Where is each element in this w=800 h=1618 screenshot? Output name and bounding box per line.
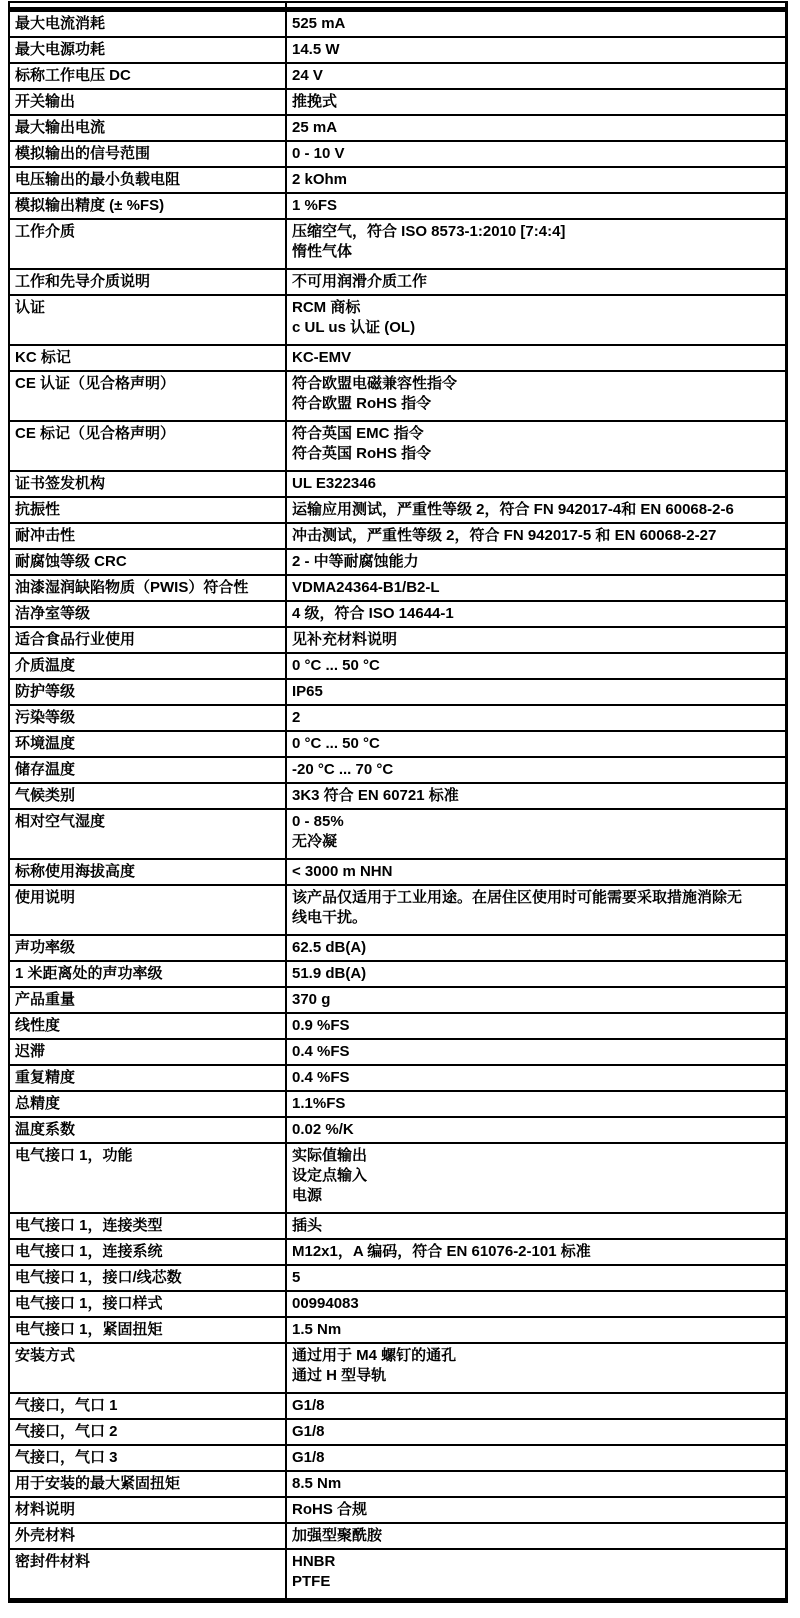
- spec-value-line: -20 °C ... 70 °C: [292, 760, 781, 780]
- spec-label: 重复精度: [15, 1068, 281, 1088]
- spec-label: 标称使用海拔高度: [15, 862, 281, 882]
- spec-label: 总精度: [15, 1094, 281, 1114]
- datasheet-page: 最大电流消耗525 mA最大电源功耗14.5 W标称工作电压 DC24 V开关输…: [0, 0, 800, 1603]
- spec-label: 电气接口 1，功能: [15, 1146, 281, 1166]
- table-row: 标称使用海拔高度< 3000 m NHN: [9, 859, 787, 885]
- table-row: 认证RCM 商标c UL us 认证 (OL): [9, 295, 787, 345]
- spec-value-cell: 0 °C ... 50 °C: [286, 653, 787, 679]
- table-row: 总精度1.1%FS: [9, 1091, 787, 1117]
- table-row: 密封件材料HNBRPTFE: [9, 1549, 787, 1601]
- spec-value-cell: 1 %FS: [286, 193, 787, 219]
- spec-value-cell: 0 - 10 V: [286, 141, 787, 167]
- spec-label-cell: 最大电流消耗: [9, 10, 286, 38]
- spec-value-line: 推挽式: [292, 92, 781, 112]
- spec-label: 认证: [15, 298, 281, 318]
- spec-label-cell: CE 认证（见合格声明）: [9, 371, 286, 421]
- spec-value-line: 2: [292, 708, 781, 728]
- spec-label: 气接口，气口 1: [15, 1396, 281, 1416]
- spec-label-cell: 适合食品行业使用: [9, 627, 286, 653]
- spec-label-cell: 总精度: [9, 1091, 286, 1117]
- table-row: 材料说明RoHS 合规: [9, 1497, 787, 1523]
- spec-label-cell: 使用说明: [9, 885, 286, 935]
- spec-value-cell: -20 °C ... 70 °C: [286, 757, 787, 783]
- spec-value-cell: 该产品仅适用于工业用途。在居住区使用时可能需要采取措施消除无线电干扰。: [286, 885, 787, 935]
- spec-value-line: G1/8: [292, 1448, 781, 1468]
- spec-value-cell: 62.5 dB(A): [286, 935, 787, 961]
- spec-value-line: 2 kOhm: [292, 170, 781, 190]
- spec-label: 适合食品行业使用: [15, 630, 281, 650]
- spec-label-cell: 迟滞: [9, 1039, 286, 1065]
- spec-value-line: 0.9 %FS: [292, 1016, 781, 1036]
- table-row: 工作介质压缩空气，符合 ISO 8573-1:2010 [7:4:4]惰性气体: [9, 219, 787, 269]
- table-row: 气接口，气口 3G1/8: [9, 1445, 787, 1471]
- spec-label-cell: CE 标记（见合格声明）: [9, 421, 286, 471]
- spec-value-line: 00994083: [292, 1294, 781, 1314]
- spec-label-cell: 电气接口 1，连接类型: [9, 1213, 286, 1239]
- spec-label-cell: 安装方式: [9, 1343, 286, 1393]
- table-row: 电气接口 1，功能实际值输出设定点输入电源: [9, 1143, 787, 1213]
- spec-value-line: 该产品仅适用于工业用途。在居住区使用时可能需要采取措施消除无: [292, 888, 781, 908]
- spec-value-cell: 0 - 85%无冷凝: [286, 809, 787, 859]
- spec-value-line: 线电干扰。: [292, 908, 781, 928]
- spec-label-cell: 声功率级: [9, 935, 286, 961]
- table-row: 迟滞0.4 %FS: [9, 1039, 787, 1065]
- spec-label-cell: 1 米距离处的声功率级: [9, 961, 286, 987]
- spec-label: 电气接口 1，紧固扭矩: [15, 1320, 281, 1340]
- spec-value-line: M12x1，A 编码，符合 EN 61076-2-101 标准: [292, 1242, 781, 1262]
- spec-label-cell: 气接口，气口 2: [9, 1419, 286, 1445]
- spec-value-cell: 8.5 Nm: [286, 1471, 787, 1497]
- spec-value-line: 0 - 10 V: [292, 144, 781, 164]
- spec-label-cell: 电气接口 1，接口样式: [9, 1291, 286, 1317]
- spec-value-line: 370 g: [292, 990, 781, 1010]
- spec-label-cell: 温度系数: [9, 1117, 286, 1143]
- spec-value-line: VDMA24364-B1/B2-L: [292, 578, 781, 598]
- table-row: 气接口，气口 2G1/8: [9, 1419, 787, 1445]
- spec-value-cell: 1.5 Nm: [286, 1317, 787, 1343]
- table-row: 电压输出的最小负载电阻2 kOhm: [9, 167, 787, 193]
- spec-value-cell: 通过用于 M4 螺钉的通孔通过 H 型导轨: [286, 1343, 787, 1393]
- spec-label: 迟滞: [15, 1042, 281, 1062]
- table-row: 最大电源功耗14.5 W: [9, 37, 787, 63]
- spec-label-cell: 重复精度: [9, 1065, 286, 1091]
- spec-label: 洁净室等级: [15, 604, 281, 624]
- spec-value-cell: RoHS 合规: [286, 1497, 787, 1523]
- spec-label: 耐冲击性: [15, 526, 281, 546]
- spec-label-cell: 工作和先导介质说明: [9, 269, 286, 295]
- spec-value-line: 51.9 dB(A): [292, 964, 781, 984]
- table-row: 重复精度0.4 %FS: [9, 1065, 787, 1091]
- table-row: 电气接口 1，连接系统M12x1，A 编码，符合 EN 61076-2-101 …: [9, 1239, 787, 1265]
- table-row: 污染等级2: [9, 705, 787, 731]
- spec-value-line: 符合英国 RoHS 指令: [292, 444, 781, 464]
- spec-label-cell: 电气接口 1，接口/线芯数: [9, 1265, 286, 1291]
- spec-label-cell: 密封件材料: [9, 1549, 286, 1601]
- spec-label-cell: 介质温度: [9, 653, 286, 679]
- table-row: 防护等级IP65: [9, 679, 787, 705]
- spec-label: 开关输出: [15, 92, 281, 112]
- spec-value-line: 62.5 dB(A): [292, 938, 781, 958]
- spec-value-cell: 符合英国 EMC 指令符合英国 RoHS 指令: [286, 421, 787, 471]
- spec-value-cell: 运输应用测试，严重性等级 2，符合 FN 942017-4和 EN 60068-…: [286, 497, 787, 523]
- spec-label-cell: 模拟输出的信号范围: [9, 141, 286, 167]
- spec-label-cell: 抗振性: [9, 497, 286, 523]
- spec-label-cell: 电气接口 1，功能: [9, 1143, 286, 1213]
- spec-label: 使用说明: [15, 888, 281, 908]
- spec-label-cell: 标称使用海拔高度: [9, 859, 286, 885]
- spec-table-body: 最大电流消耗525 mA最大电源功耗14.5 W标称工作电压 DC24 V开关输…: [9, 10, 787, 1601]
- spec-value-line: 5: [292, 1268, 781, 1288]
- spec-value-line: 实际值输出: [292, 1146, 781, 1166]
- spec-value-cell: VDMA24364-B1/B2-L: [286, 575, 787, 601]
- spec-label-cell: 最大输出电流: [9, 115, 286, 141]
- spec-value-cell: 符合欧盟电磁兼容性指令符合欧盟 RoHS 指令: [286, 371, 787, 421]
- table-row: 开关输出推挽式: [9, 89, 787, 115]
- spec-value-line: 电源: [292, 1186, 781, 1206]
- spec-label: 电气接口 1，连接类型: [15, 1216, 281, 1236]
- spec-value-line: 插头: [292, 1216, 781, 1236]
- spec-label: 介质温度: [15, 656, 281, 676]
- spec-value-line: 见补充材料说明: [292, 630, 781, 650]
- spec-label: 模拟输出的信号范围: [15, 144, 281, 164]
- table-row: 洁净室等级4 级，符合 ISO 14644-1: [9, 601, 787, 627]
- spec-value-line: 冲击测试，严重性等级 2，符合 FN 942017-5 和 EN 60068-2…: [292, 526, 781, 546]
- spec-value-line: 通过用于 M4 螺钉的通孔: [292, 1346, 781, 1366]
- spec-label-cell: 工作介质: [9, 219, 286, 269]
- spec-value-line: 无冷凝: [292, 832, 781, 852]
- spec-value-line: RoHS 合规: [292, 1500, 781, 1520]
- table-row: 环境温度0 °C ... 50 °C: [9, 731, 787, 757]
- spec-value-cell: 525 mA: [286, 10, 787, 38]
- spec-value-cell: 370 g: [286, 987, 787, 1013]
- spec-value-cell: 2: [286, 705, 787, 731]
- spec-label: 环境温度: [15, 734, 281, 754]
- spec-value-cell: 1.1%FS: [286, 1091, 787, 1117]
- spec-value-line: c UL us 认证 (OL): [292, 318, 781, 338]
- spec-value-line: 0.4 %FS: [292, 1042, 781, 1062]
- spec-value-line: 0 - 85%: [292, 812, 781, 832]
- spec-value-line: 设定点输入: [292, 1166, 781, 1186]
- spec-value-cell: 插头: [286, 1213, 787, 1239]
- spec-value-cell: 不可用润滑介质工作: [286, 269, 787, 295]
- table-row: 最大电流消耗525 mA: [9, 10, 787, 38]
- spec-label: 抗振性: [15, 500, 281, 520]
- spec-value-cell: 14.5 W: [286, 37, 787, 63]
- spec-label-cell: 耐冲击性: [9, 523, 286, 549]
- spec-value-cell: 压缩空气，符合 ISO 8573-1:2010 [7:4:4]惰性气体: [286, 219, 787, 269]
- spec-label-cell: 证书签发机构: [9, 471, 286, 497]
- spec-label: 工作介质: [15, 222, 281, 242]
- spec-label: 污染等级: [15, 708, 281, 728]
- spec-label: 电气接口 1，接口样式: [15, 1294, 281, 1314]
- spec-label-cell: 油漆湿润缺陷物质（PWIS）符合性: [9, 575, 286, 601]
- table-row: CE 认证（见合格声明）符合欧盟电磁兼容性指令符合欧盟 RoHS 指令: [9, 371, 787, 421]
- column-divider-stub: [285, 3, 287, 7]
- spec-value-line: 25 mA: [292, 118, 781, 138]
- spec-table-container: 最大电流消耗525 mA最大电源功耗14.5 W标称工作电压 DC24 V开关输…: [8, 1, 788, 1603]
- spec-value-line: 1.1%FS: [292, 1094, 781, 1114]
- spec-value-cell: RCM 商标c UL us 认证 (OL): [286, 295, 787, 345]
- spec-value-line: 符合欧盟电磁兼容性指令: [292, 374, 781, 394]
- spec-label: 气候类别: [15, 786, 281, 806]
- table-row: 电气接口 1，紧固扭矩1.5 Nm: [9, 1317, 787, 1343]
- spec-label: 1 米距离处的声功率级: [15, 964, 281, 984]
- table-row: 工作和先导介质说明不可用润滑介质工作: [9, 269, 787, 295]
- spec-value-cell: 0.4 %FS: [286, 1065, 787, 1091]
- spec-label-cell: 最大电源功耗: [9, 37, 286, 63]
- spec-label: 耐腐蚀等级 CRC: [15, 552, 281, 572]
- table-row: 温度系数0.02 %/K: [9, 1117, 787, 1143]
- spec-label-cell: 环境温度: [9, 731, 286, 757]
- spec-label-cell: 电气接口 1，紧固扭矩: [9, 1317, 286, 1343]
- table-row: 证书签发机构UL E322346: [9, 471, 787, 497]
- table-row: 气候类别3K3 符合 EN 60721 标准: [9, 783, 787, 809]
- spec-label-cell: 气接口，气口 1: [9, 1393, 286, 1419]
- spec-label: 线性度: [15, 1016, 281, 1036]
- spec-label: 电气接口 1，连接系统: [15, 1242, 281, 1262]
- spec-value-line: 24 V: [292, 66, 781, 86]
- table-row: 电气接口 1，接口/线芯数5: [9, 1265, 787, 1291]
- spec-value-line: KC-EMV: [292, 348, 781, 368]
- spec-label-cell: 模拟输出精度 (± %FS): [9, 193, 286, 219]
- spec-value-cell: 00994083: [286, 1291, 787, 1317]
- spec-value-cell: HNBRPTFE: [286, 1549, 787, 1601]
- spec-label: 外壳材料: [15, 1526, 281, 1546]
- spec-value-line: 8.5 Nm: [292, 1474, 781, 1494]
- spec-label: 标称工作电压 DC: [15, 66, 281, 86]
- spec-value-cell: 0.4 %FS: [286, 1039, 787, 1065]
- spec-label-cell: 洁净室等级: [9, 601, 286, 627]
- spec-value-line: IP65: [292, 682, 781, 702]
- spec-label-cell: 气接口，气口 3: [9, 1445, 286, 1471]
- table-row: 用于安装的最大紧固扭矩8.5 Nm: [9, 1471, 787, 1497]
- table-row: 耐冲击性冲击测试，严重性等级 2，符合 FN 942017-5 和 EN 600…: [9, 523, 787, 549]
- spec-value-cell: 2 kOhm: [286, 167, 787, 193]
- spec-value-line: 1.5 Nm: [292, 1320, 781, 1340]
- spec-value-cell: 24 V: [286, 63, 787, 89]
- spec-label: 电气接口 1，接口/线芯数: [15, 1268, 281, 1288]
- spec-label-cell: 耐腐蚀等级 CRC: [9, 549, 286, 575]
- spec-value-cell: 见补充材料说明: [286, 627, 787, 653]
- spec-value-line: 0.4 %FS: [292, 1068, 781, 1088]
- table-row: 油漆湿润缺陷物质（PWIS）符合性VDMA24364-B1/B2-L: [9, 575, 787, 601]
- spec-value-line: PTFE: [292, 1572, 781, 1592]
- table-row: 电气接口 1，连接类型插头: [9, 1213, 787, 1239]
- spec-label: 气接口，气口 3: [15, 1448, 281, 1468]
- table-row: 耐腐蚀等级 CRC2 - 中等耐腐蚀能力: [9, 549, 787, 575]
- spec-value-line: 525 mA: [292, 14, 781, 34]
- spec-value-line: HNBR: [292, 1552, 781, 1572]
- spec-label: 安装方式: [15, 1346, 281, 1366]
- spec-label: 产品重量: [15, 990, 281, 1010]
- spec-label: 相对空气湿度: [15, 812, 281, 832]
- spec-value-cell: M12x1，A 编码，符合 EN 61076-2-101 标准: [286, 1239, 787, 1265]
- table-row: 抗振性运输应用测试，严重性等级 2，符合 FN 942017-4和 EN 600…: [9, 497, 787, 523]
- spec-value-line: 不可用润滑介质工作: [292, 272, 781, 292]
- spec-label: 防护等级: [15, 682, 281, 702]
- table-row: 电气接口 1，接口样式00994083: [9, 1291, 787, 1317]
- spec-label-cell: 相对空气湿度: [9, 809, 286, 859]
- spec-label: CE 认证（见合格声明）: [15, 374, 281, 394]
- spec-value-cell: 3K3 符合 EN 60721 标准: [286, 783, 787, 809]
- table-row: 标称工作电压 DC24 V: [9, 63, 787, 89]
- spec-label-cell: 电压输出的最小负载电阻: [9, 167, 286, 193]
- spec-value-line: UL E322346: [292, 474, 781, 494]
- spec-value-line: 压缩空气，符合 ISO 8573-1:2010 [7:4:4]: [292, 222, 781, 242]
- spec-label-cell: KC 标记: [9, 345, 286, 371]
- table-row: 声功率级62.5 dB(A): [9, 935, 787, 961]
- table-row: 外壳材料加强型聚酰胺: [9, 1523, 787, 1549]
- spec-label: 最大电流消耗: [15, 14, 281, 34]
- spec-value-cell: 4 级，符合 ISO 14644-1: [286, 601, 787, 627]
- spec-value-line: 1 %FS: [292, 196, 781, 216]
- spec-value-cell: 5: [286, 1265, 787, 1291]
- spec-label-cell: 用于安装的最大紧固扭矩: [9, 1471, 286, 1497]
- table-row: 储存温度-20 °C ... 70 °C: [9, 757, 787, 783]
- spec-value-cell: G1/8: [286, 1393, 787, 1419]
- spec-value-cell: 加强型聚酰胺: [286, 1523, 787, 1549]
- spec-label: 气接口，气口 2: [15, 1422, 281, 1442]
- spec-label-cell: 外壳材料: [9, 1523, 286, 1549]
- spec-label: 电压输出的最小负载电阻: [15, 170, 281, 190]
- spec-label: 油漆湿润缺陷物质（PWIS）符合性: [15, 578, 281, 598]
- table-row: 产品重量370 g: [9, 987, 787, 1013]
- spec-label: 用于安装的最大紧固扭矩: [15, 1474, 281, 1494]
- table-row: 介质温度0 °C ... 50 °C: [9, 653, 787, 679]
- spec-value-line: 加强型聚酰胺: [292, 1526, 781, 1546]
- table-row: 使用说明该产品仅适用于工业用途。在居住区使用时可能需要采取措施消除无线电干扰。: [9, 885, 787, 935]
- spec-value-cell: 推挽式: [286, 89, 787, 115]
- spec-value-line: RCM 商标: [292, 298, 781, 318]
- spec-value-cell: 0.9 %FS: [286, 1013, 787, 1039]
- cropped-previous-row: [8, 1, 788, 7]
- table-row: 线性度0.9 %FS: [9, 1013, 787, 1039]
- table-row: 模拟输出的信号范围0 - 10 V: [9, 141, 787, 167]
- spec-label: 温度系数: [15, 1120, 281, 1140]
- spec-value-line: 运输应用测试，严重性等级 2，符合 FN 942017-4和 EN 60068-…: [292, 500, 781, 520]
- spec-label: 密封件材料: [15, 1552, 281, 1572]
- spec-value-cell: 实际值输出设定点输入电源: [286, 1143, 787, 1213]
- spec-label: 材料说明: [15, 1500, 281, 1520]
- spec-value-line: 惰性气体: [292, 242, 781, 262]
- table-row: 安装方式通过用于 M4 螺钉的通孔通过 H 型导轨: [9, 1343, 787, 1393]
- table-row: KC 标记KC-EMV: [9, 345, 787, 371]
- spec-value-cell: 25 mA: [286, 115, 787, 141]
- spec-label: 声功率级: [15, 938, 281, 958]
- spec-value-cell: < 3000 m NHN: [286, 859, 787, 885]
- spec-value-line: 2 - 中等耐腐蚀能力: [292, 552, 781, 572]
- spec-value-cell: UL E322346: [286, 471, 787, 497]
- table-row: 最大输出电流25 mA: [9, 115, 787, 141]
- table-row: 相对空气湿度0 - 85%无冷凝: [9, 809, 787, 859]
- spec-label-cell: 线性度: [9, 1013, 286, 1039]
- spec-value-line: 通过 H 型导轨: [292, 1366, 781, 1386]
- spec-value-cell: 0.02 %/K: [286, 1117, 787, 1143]
- spec-value-line: 符合欧盟 RoHS 指令: [292, 394, 781, 414]
- spec-value-cell: IP65: [286, 679, 787, 705]
- spec-value-cell: G1/8: [286, 1419, 787, 1445]
- spec-value-line: G1/8: [292, 1422, 781, 1442]
- spec-label-cell: 储存温度: [9, 757, 286, 783]
- spec-label: KC 标记: [15, 348, 281, 368]
- spec-label-cell: 标称工作电压 DC: [9, 63, 286, 89]
- spec-label: 模拟输出精度 (± %FS): [15, 196, 281, 216]
- spec-value-cell: 2 - 中等耐腐蚀能力: [286, 549, 787, 575]
- spec-label: 最大输出电流: [15, 118, 281, 138]
- spec-label-cell: 气候类别: [9, 783, 286, 809]
- spec-value-line: 0 °C ... 50 °C: [292, 734, 781, 754]
- spec-value-cell: 51.9 dB(A): [286, 961, 787, 987]
- table-row: 模拟输出精度 (± %FS)1 %FS: [9, 193, 787, 219]
- spec-label: 储存温度: [15, 760, 281, 780]
- table-row: 气接口，气口 1G1/8: [9, 1393, 787, 1419]
- spec-value-cell: 冲击测试，严重性等级 2，符合 FN 942017-5 和 EN 60068-2…: [286, 523, 787, 549]
- spec-value-line: 14.5 W: [292, 40, 781, 60]
- spec-label: 证书签发机构: [15, 474, 281, 494]
- table-row: CE 标记（见合格声明）符合英国 EMC 指令符合英国 RoHS 指令: [9, 421, 787, 471]
- table-row: 1 米距离处的声功率级51.9 dB(A): [9, 961, 787, 987]
- spec-label-cell: 产品重量: [9, 987, 286, 1013]
- spec-label: CE 标记（见合格声明）: [15, 424, 281, 444]
- spec-value-line: < 3000 m NHN: [292, 862, 781, 882]
- spec-label-cell: 防护等级: [9, 679, 286, 705]
- spec-label: 工作和先导介质说明: [15, 272, 281, 292]
- spec-label-cell: 认证: [9, 295, 286, 345]
- spec-label-cell: 材料说明: [9, 1497, 286, 1523]
- table-row: 适合食品行业使用见补充材料说明: [9, 627, 787, 653]
- spec-value-line: 0.02 %/K: [292, 1120, 781, 1140]
- spec-value-line: 符合英国 EMC 指令: [292, 424, 781, 444]
- spec-value-cell: G1/8: [286, 1445, 787, 1471]
- spec-value-cell: 0 °C ... 50 °C: [286, 731, 787, 757]
- spec-value-line: 0 °C ... 50 °C: [292, 656, 781, 676]
- spec-value-line: 3K3 符合 EN 60721 标准: [292, 786, 781, 806]
- spec-label-cell: 污染等级: [9, 705, 286, 731]
- spec-label-cell: 电气接口 1，连接系统: [9, 1239, 286, 1265]
- spec-value-line: 4 级，符合 ISO 14644-1: [292, 604, 781, 624]
- spec-value-line: G1/8: [292, 1396, 781, 1416]
- spec-label: 最大电源功耗: [15, 40, 281, 60]
- spec-value-cell: KC-EMV: [286, 345, 787, 371]
- spec-table: 最大电流消耗525 mA最大电源功耗14.5 W标称工作电压 DC24 V开关输…: [8, 7, 788, 1603]
- spec-label-cell: 开关输出: [9, 89, 286, 115]
